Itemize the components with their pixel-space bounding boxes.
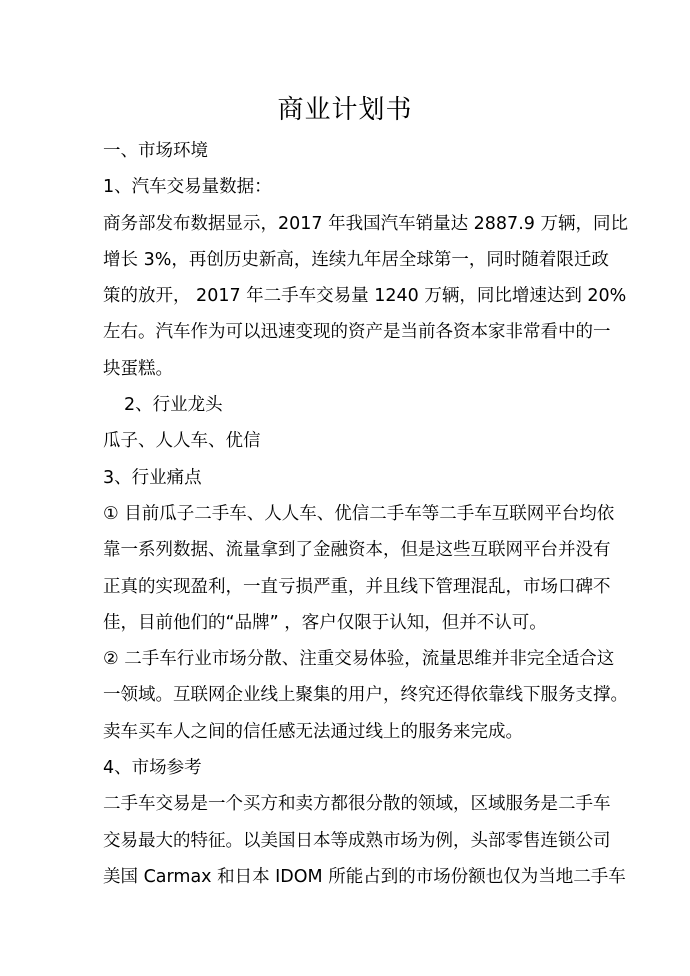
text-line: 佳，目前他们的“品牌” ，客户仅限于认知，但并不认可。 — [103, 605, 615, 641]
heading-line: 1、汽车交易量数据： — [103, 169, 615, 205]
text-line: ① 目前瓜子二手车、人人车、优信二手车等二手车互联网平台均依 — [103, 496, 615, 532]
heading-line: 3、行业痛点 — [103, 460, 615, 496]
text-line: 瓜子、人人车、优信 — [103, 423, 615, 459]
heading-line: 一、市场环境 — [103, 133, 615, 169]
document-title: 商业计划书 — [0, 97, 690, 124]
heading-line: 4、市场参考 — [103, 750, 615, 786]
text-line: 策的放开， 2017 年二手车交易量 1240 万辆，同比增速达到 20% — [103, 278, 615, 314]
text-line: 交易最大的特征。以美国日本等成熟市场为例，头部零售连锁公司 — [103, 823, 615, 859]
document-body: 一、市场环境 1、汽车交易量数据： 商务部发布数据显示，2017 年我国汽车销量… — [103, 133, 615, 895]
text-line: 块蛋糕。 — [103, 351, 615, 387]
text-line: 靠一系列数据、流量拿到了金融资本，但是这些互联网平台并没有 — [103, 532, 615, 568]
text-line: 二手车交易是一个买方和卖方都很分散的领域，区域服务是二手车 — [103, 786, 615, 822]
text-line: 增长 3%，再创历史新高，连续九年居全球第一，同时随着限迁政 — [103, 242, 615, 278]
text-line: 一领域。互联网企业线上聚集的用户，终究还得依靠线下服务支撑。 — [103, 677, 615, 713]
text-line: ② 二手车行业市场分散、注重交易体验，流量思维并非完全适合这 — [103, 641, 615, 677]
text-line: 商务部发布数据显示，2017 年我国汽车销量达 2887.9 万辆，同比 — [103, 206, 615, 242]
text-line: 正真的实现盈利，一直亏损严重，并且线下管理混乱，市场口碑不 — [103, 569, 615, 605]
text-line: 美国 Carmax 和日本 IDOM 所能占到的市场份额也仅为当地二手车 — [103, 859, 615, 895]
text-line: 卖车买车人之间的信任感无法通过线上的服务来完成。 — [103, 714, 615, 750]
heading-line: 2、行业龙头 — [103, 387, 615, 423]
document-page: 商业计划书 一、市场环境 1、汽车交易量数据： 商务部发布数据显示，2017 年… — [0, 0, 690, 976]
text-line: 左右。汽车作为可以迅速变现的资产是当前各资本家非常看中的一 — [103, 314, 615, 350]
